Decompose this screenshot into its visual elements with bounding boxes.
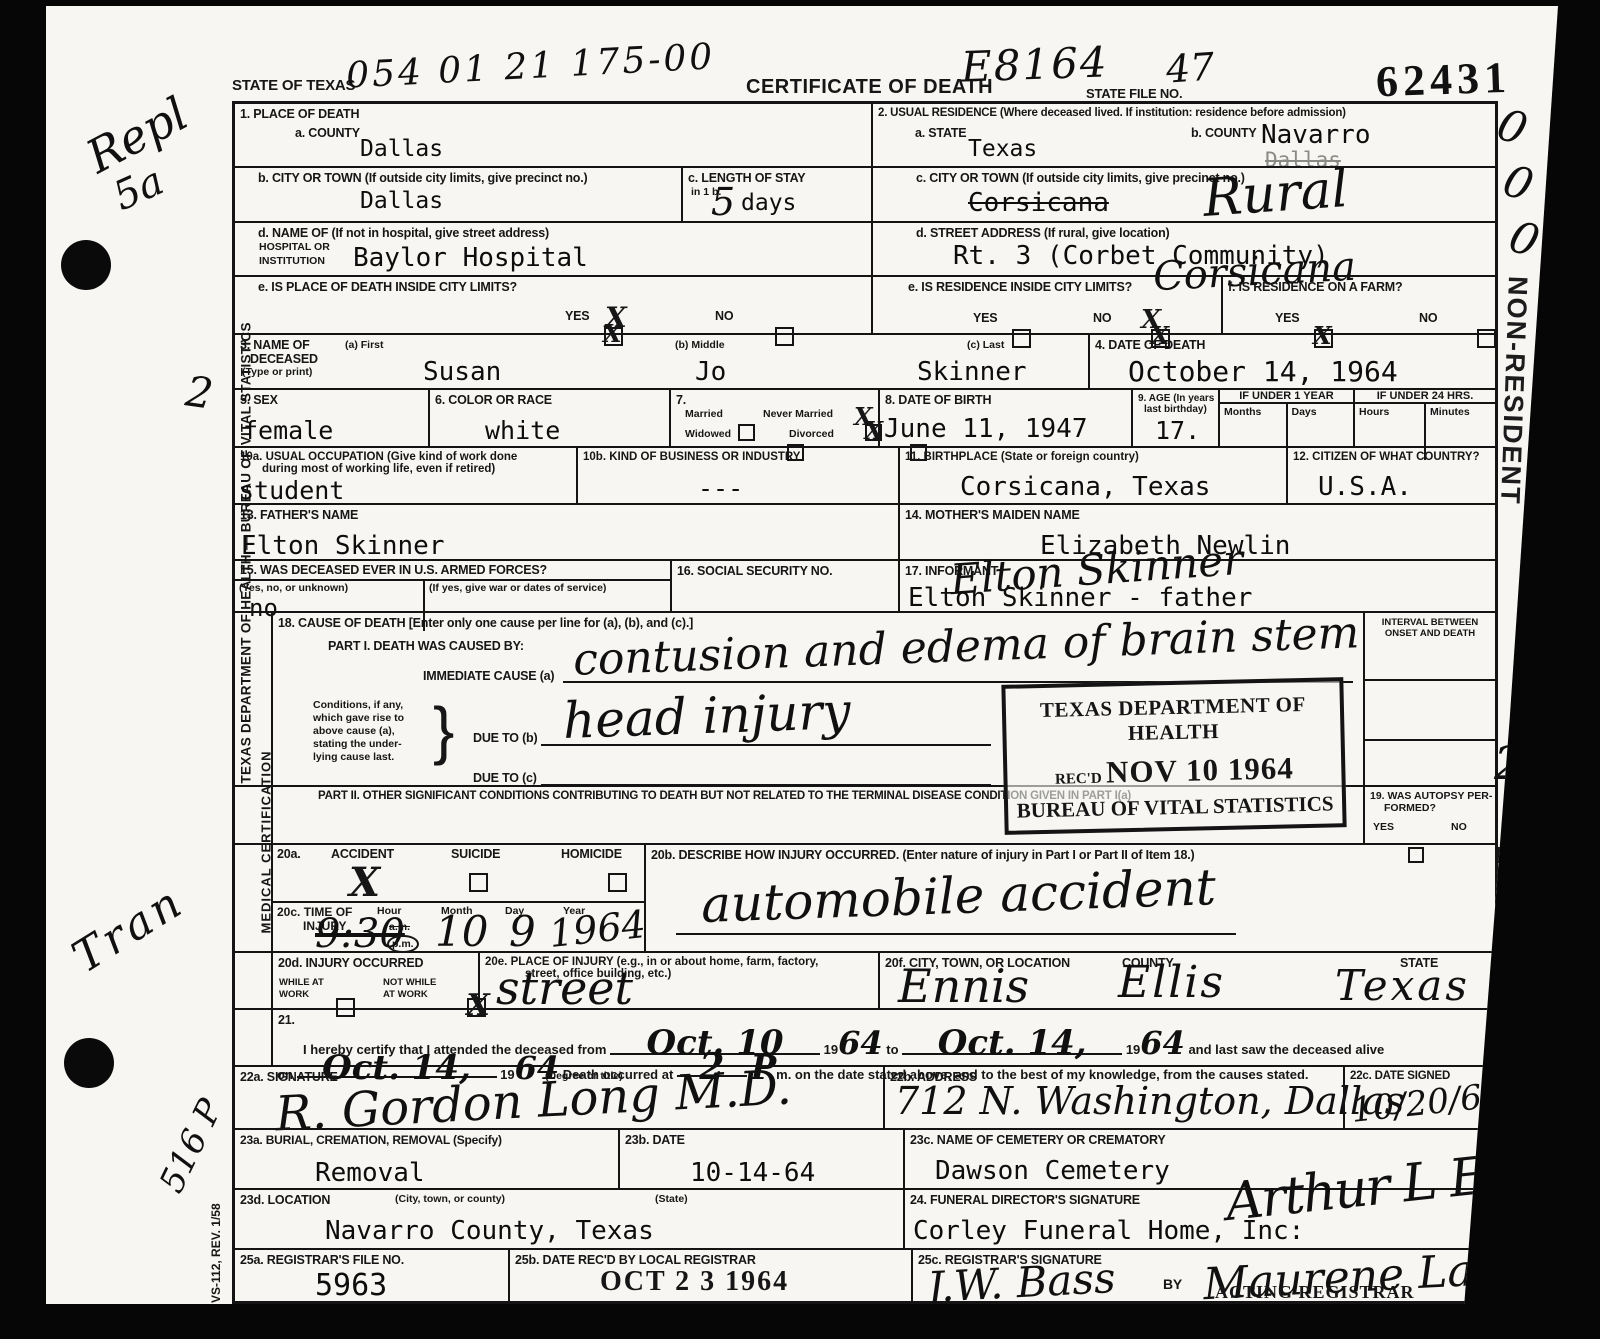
header-hw-e8164: E8164	[960, 37, 1109, 91]
citizen-value: U.S.A.	[1318, 472, 1412, 502]
occupation-value: student	[239, 476, 344, 505]
20b-label: 20b. DESCRIBE HOW INJURY OCCURRED. (Ente…	[651, 848, 1490, 862]
residence-city-hw: Rural	[1201, 159, 1350, 229]
25b-label: 25b. DATE REC'D BY LOCAL REGISTRAR	[515, 1253, 906, 1267]
field-if-under-24-hrs: IF UNDER 24 HRS. Hours Minutes	[1353, 390, 1495, 446]
header-hw-code: 054 01 21 175-00	[345, 36, 716, 96]
hospital-label2: HOSPITAL OR	[259, 241, 330, 253]
age-label2: last birthday)	[1138, 404, 1213, 415]
field-date-of-birth: 8. DATE OF BIRTH June 11, 1947	[878, 390, 1131, 446]
residence-county-label: b. COUNTY	[1191, 126, 1257, 140]
burial-date-value: 10-14-64	[690, 1158, 815, 1188]
medical-certification-strip2	[235, 787, 271, 843]
registrar-file-no-value: 5963	[315, 1268, 387, 1303]
city-of-death-label: b. CITY OR TOWN (If outside city limits,…	[240, 171, 676, 185]
margin-note-2: 2	[183, 366, 216, 418]
place-of-injury-value: street	[496, 961, 633, 1015]
received-stamp-line3: BUREAU OF VITAL STATISTICS	[1008, 791, 1342, 824]
23c-label: 23c. NAME OF CEMETERY OR CREMATORY	[910, 1133, 1490, 1147]
field-armed-forces: 15. WAS DECEASED EVER IN U.S. ARMED FORC…	[235, 561, 670, 611]
homicide-label: HOMICIDE	[561, 847, 622, 861]
ssn-label: 16. SOCIAL SECURITY NO.	[677, 564, 893, 578]
registrar-by-label: BY	[1163, 1276, 1182, 1292]
margin-note-trans: Tran	[64, 876, 194, 983]
received-stamp-line1: TEXAS DEPARTMENT OF HEALTH	[1006, 691, 1341, 749]
state-file-no-label: STATE FILE NO.	[1086, 86, 1182, 101]
cemetery-value: Dawson Cemetery	[935, 1156, 1170, 1186]
death-limits-yes-hw-x: X	[605, 301, 627, 334]
homicide-checkbox	[608, 873, 627, 892]
never-married-label: Never Married	[763, 408, 833, 420]
field-city-of-death: b. CITY OR TOWN (If outside city limits,…	[235, 168, 681, 221]
field-residence-farm: f. IS RESIDENCE ON A FARM? YES X NO	[1221, 277, 1495, 333]
how-injury-value: automobile accident	[700, 858, 1217, 934]
field-date-signed: 22c. DATE SIGNED 10/20/64	[1343, 1067, 1495, 1128]
injury-year-hw: 1964	[547, 902, 648, 956]
conditions-line4: stating the under-	[313, 738, 402, 750]
field-date-of-death: 4. DATE OF DEATH October 14, 1964	[1088, 335, 1495, 388]
residence-limits-yes: YES	[973, 311, 997, 325]
margin-note-2-right: 2	[1494, 736, 1523, 790]
suicide-checkbox	[469, 873, 488, 892]
field-injury-location: 20f. CITY, TOWN, OR LOCATION COUNTY STAT…	[878, 953, 1495, 1008]
23d-label: 23d. LOCATION	[240, 1193, 898, 1207]
field-name-of-deceased: 3. NAME OF DECEASED (Type or print) (a) …	[235, 335, 1088, 388]
field-ssn: 16. SOCIAL SECURITY NO.	[670, 561, 898, 611]
while-at-work-label1: WHILE AT	[279, 977, 324, 988]
street-address-label: d. STREET ADDRESS (If rural, give locati…	[878, 226, 1490, 240]
sex-label: 5. SEX	[240, 393, 423, 407]
interval-column: INTERVAL BETWEEN ONSET AND DEATH	[1363, 613, 1495, 785]
20d-label: 20d. INJURY OCCURRED	[278, 956, 473, 970]
burial-type-value: Removal	[315, 1158, 425, 1188]
mother-label: 14. MOTHER'S MAIDEN NAME	[905, 508, 1490, 522]
county-label: a. COUNTY	[295, 126, 360, 140]
middle-name-label: (b) Middle	[675, 339, 725, 351]
interval-label1: INTERVAL BETWEEN	[1365, 613, 1495, 628]
how-injury-rule	[676, 933, 1236, 935]
father-value: Elton Skinner	[241, 531, 445, 561]
injury-day-hw: 9	[509, 907, 536, 956]
20a-label: 20a.	[277, 847, 301, 861]
certificate-form: 1. PLACE OF DEATH a. COUNTY Dallas 2. US…	[232, 101, 1498, 1304]
interval-label2: ONSET AND DEATH	[1365, 628, 1495, 639]
not-while-label1: NOT WHILE	[383, 977, 436, 988]
field-informant: 17. INFORMANT Elton Skinner Elton Skinne…	[898, 561, 1495, 611]
23b-label: 23b. DATE	[625, 1133, 898, 1147]
death-limits-yes: YES	[565, 309, 589, 323]
residence-state-value: Texas	[968, 136, 1037, 162]
23d-sub2: (State)	[655, 1193, 688, 1205]
age-value: 17.	[1155, 416, 1200, 445]
residence-farm-yes: YES	[1275, 311, 1299, 325]
birthplace-label: 11. BIRTHPLACE (State or foreign country…	[905, 451, 1281, 463]
burial-location-value: Navarro County, Texas	[325, 1216, 654, 1246]
field-burial-location: 23d. LOCATION (City, town, or county) (S…	[235, 1190, 903, 1248]
25a-label: 25a. REGISTRAR'S FILE NO.	[240, 1253, 503, 1267]
medical-certification-strip4	[235, 953, 271, 1008]
field-sex: 5. SEX female	[235, 390, 428, 446]
last-name-value: Skinner	[917, 357, 1027, 387]
hospital-label3: INSTITUTION	[259, 255, 325, 267]
residence-city-struck: Corsicana	[968, 188, 1109, 218]
field-hospital: d. NAME OF (If not in hospital, give str…	[235, 223, 871, 275]
field-street-address: d. STREET ADDRESS (If rural, give locati…	[871, 223, 1495, 275]
residence-farm-label: f. IS RESIDENCE ON A FARM?	[1228, 280, 1490, 294]
under-1-year-label: IF UNDER 1 YEAR	[1220, 390, 1353, 404]
armed-forces-sub1: (Yes, no, or unknown)	[239, 582, 419, 594]
state-of-texas-label: STATE OF TEXAS	[232, 77, 355, 94]
residence-county-value: Navarro	[1261, 120, 1371, 150]
field-industry: 10b. KIND OF BUSINESS OR INDUSTRY ---	[576, 448, 898, 503]
certificate-number-stamp: 62431	[1375, 52, 1512, 108]
field-residence-city-limits: e. IS RESIDENCE INSIDE CITY LIMITS? YES …	[871, 277, 1221, 333]
23d-sub1: (City, town, or county)	[395, 1193, 505, 1205]
informant-value: Elton Skinner - father	[908, 583, 1252, 613]
field-date-received: 25b. DATE REC'D BY LOCAL REGISTRAR OCT 2…	[508, 1250, 911, 1301]
married-checkbox	[738, 424, 755, 441]
residence-limits-no-hw-x: X	[1141, 305, 1161, 335]
autopsy-no-checkbox	[1498, 847, 1514, 863]
residence-city-label: c. CITY OR TOWN (If outside city limits,…	[878, 171, 1490, 185]
field-death-city-limits: e. IS PLACE OF DEATH INSIDE CITY LIMITS?…	[235, 277, 871, 333]
field-occupation: 10a. USUAL OCCUPATION (Give kind of work…	[235, 448, 576, 503]
medical-certification-strip3	[235, 845, 271, 951]
interval-rule2	[1365, 739, 1495, 741]
accident-hw-x: X	[349, 859, 380, 906]
certificate-title: CERTIFICATE OF DEATH	[746, 76, 993, 99]
race-value: white	[485, 416, 560, 445]
field-length-of-stay: c. LENGTH OF STAY in 1 b. 5 days	[681, 168, 871, 221]
first-name-label: (a) First	[345, 339, 384, 351]
field-burial-date: 23b. DATE 10-14-64	[618, 1130, 903, 1188]
due-to-c-label: DUE TO (c)	[473, 771, 537, 785]
field-certify-statement: 21. I hereby certify that I attended the…	[271, 1010, 1495, 1065]
field-injury-occurred: 20d. INJURY OCCURRED WHILE AT WORK NOT W…	[271, 953, 478, 1008]
city-of-death-value: Dallas	[360, 188, 443, 214]
residence-farm-no: NO	[1419, 311, 1437, 325]
suicide-label: SUICIDE	[451, 847, 500, 861]
dob-value: June 11, 1947	[884, 414, 1088, 444]
death-limits-no: NO	[715, 309, 733, 323]
field-place-of-injury: 20e. PLACE OF INJURY (e.g., in or about …	[478, 953, 878, 1008]
length-of-stay-hw: 5	[711, 180, 735, 224]
death-city-limits-label: e. IS PLACE OF DEATH INSIDE CITY LIMITS?	[240, 280, 866, 294]
received-stamp-box: TEXAS DEPARTMENT OF HEALTH REC'D NOV 10 …	[1001, 677, 1346, 835]
part1-label: PART I. DEATH WAS CAUSED BY:	[328, 639, 524, 653]
marital-label: 7.	[676, 393, 873, 407]
field-marital-status: 7. Married Never Married X X Widowed Div…	[669, 390, 878, 446]
field-registrar-file-no: 25a. REGISTRAR'S FILE NO. 5963	[235, 1250, 508, 1301]
sex-value: female	[243, 416, 333, 445]
cause-b-value: head injury	[562, 682, 851, 750]
last-name-label: (c) Last	[967, 339, 1004, 351]
punch-hole-bottom	[64, 1038, 114, 1088]
field-if-under-1-year: IF UNDER 1 YEAR Months Days	[1218, 390, 1353, 446]
interval-rule1	[1365, 679, 1495, 681]
dob-label: 8. DATE OF BIRTH	[885, 393, 1126, 407]
date-signed-value: 10/20/64	[1349, 1075, 1505, 1131]
field-accident-suicide-homicide: 20a. ACCIDENT SUICIDE HOMICIDE X 20c. TI…	[271, 845, 644, 951]
field-race: 6. COLOR OR RACE white	[428, 390, 669, 446]
widowed-label: Widowed	[685, 428, 731, 440]
field-physician-address: 22b. ADDRESS 712 N. Washington, Dallas	[883, 1067, 1343, 1128]
injury-county-value: Ellis	[1118, 957, 1225, 1008]
field-usual-residence: 2. USUAL RESIDENCE (Where deceased lived…	[871, 104, 1495, 166]
field-birthplace: 11. BIRTHPLACE (State or foreign country…	[898, 448, 1286, 503]
injury-state-value: Texas	[1335, 961, 1470, 1010]
field-place-of-death: 1. PLACE OF DEATH a. COUNTY Dallas	[235, 104, 871, 166]
married-label: Married	[685, 408, 723, 420]
occupation-label2: during most of working life, even if ret…	[240, 463, 571, 475]
middle-name-value: Jo	[695, 357, 726, 387]
father-label: 13. FATHER'S NAME	[240, 508, 893, 522]
immediate-cause-label: IMMEDIATE CAUSE (a)	[423, 669, 554, 683]
due-to-b-label: DUE TO (b)	[473, 731, 537, 745]
autopsy-label1: 19. WAS AUTOPSY PER-	[1370, 790, 1490, 802]
residence-limits-label: e. IS RESIDENCE INSIDE CITY LIMITS?	[878, 280, 1216, 294]
medical-certification-strip	[235, 613, 271, 785]
armed-forces-sub2: (If yes, give war or dates of service)	[429, 582, 606, 594]
not-while-label2: AT WORK	[383, 989, 428, 1000]
length-of-stay-value: days	[741, 190, 796, 216]
citizen-label: 12. CITIZEN OF WHAT COUNTRY?	[1293, 451, 1490, 463]
date-received-stamp: OCT 2 3 1964	[600, 1266, 789, 1298]
field-residence-city: c. CITY OR TOWN (If outside city limits,…	[871, 168, 1495, 221]
industry-label: 10b. KIND OF BUSINESS OR INDUSTRY	[583, 451, 893, 463]
medical-certification-strip5	[235, 1010, 271, 1065]
autopsy-label2: FORMED?	[1370, 802, 1490, 814]
armed-forces-label: 15. WAS DECEASED EVER IN U.S. ARMED FORC…	[235, 561, 670, 581]
field-father-name: 13. FATHER'S NAME Elton Skinner	[235, 505, 898, 559]
am-label: a.m.	[389, 921, 410, 933]
while-at-work-label2: WORK	[279, 989, 309, 1000]
injury-month-hw: 10	[435, 907, 488, 956]
under-24-hrs-label: IF UNDER 24 HRS.	[1355, 390, 1495, 404]
received-stamp-date: NOV 10 1964	[1106, 750, 1295, 789]
date-of-death-label: 4. DATE OF DEATH	[1095, 338, 1490, 352]
residence-limits-no: NO	[1093, 311, 1111, 325]
field-burial-type: 23a. BURIAL, CREMATION, REMOVAL (Specify…	[235, 1130, 618, 1188]
punch-hole-top	[61, 240, 111, 290]
birthplace-value: Corsicana, Texas	[960, 472, 1210, 502]
hospital-label1: d. NAME OF (If not in hospital, give str…	[240, 226, 866, 240]
acting-registrar-stamp: ACTING REGISTRAR	[1215, 1282, 1415, 1303]
field-autopsy: 19. WAS AUTOPSY PER- FORMED? YES NO	[1363, 787, 1495, 843]
hospital-value: Baylor Hospital	[353, 243, 588, 273]
conditions-line1: Conditions, if any,	[313, 699, 403, 711]
industry-value: ---	[698, 474, 743, 503]
county-value: Dallas	[360, 136, 443, 162]
first-name-value: Susan	[423, 357, 501, 387]
physician-address-value: 712 N. Washington, Dallas	[895, 1079, 1404, 1123]
date-of-death-value: October 14, 1964	[1128, 355, 1398, 388]
injury-city-value: Ennis	[898, 959, 1029, 1013]
field-physician-signature: 22a. SIGNATURE (Degree or title) R. Gord…	[235, 1067, 883, 1128]
divorced-label: Divorced	[789, 428, 834, 440]
margin-zero-2: 0	[1497, 155, 1539, 212]
field-how-injury-occurred: 20b. DESCRIBE HOW INJURY OCCURRED. (Ente…	[644, 845, 1495, 951]
23a-label: 23a. BURIAL, CREMATION, REMOVAL (Specify…	[240, 1133, 613, 1147]
margin-zero-3: 0	[1503, 211, 1545, 268]
conditions-line2: which gave rise to	[313, 712, 404, 724]
header-hw-47: 47	[1165, 44, 1216, 91]
place-of-death-label: 1. PLACE OF DEATH	[240, 107, 866, 121]
autopsy-yes: YES	[1373, 821, 1394, 833]
registrar-signature: J.W. Bass	[926, 1253, 1117, 1312]
conditions-brace: }	[433, 693, 454, 767]
conditions-line5: lying cause last.	[313, 751, 394, 763]
never-married-hw-x: X	[854, 402, 873, 431]
received-stamp-recd: REC'D	[1055, 771, 1102, 788]
autopsy-no: NO	[1451, 821, 1467, 833]
non-resident-stamp: NON-RESIDENT	[1494, 276, 1533, 506]
age-label1: 9. AGE (In years	[1138, 393, 1213, 404]
certificate-scan: Repl 5a 2 TEXAS DEPARTMENT OF HEALTH — B…	[46, 6, 1558, 1304]
conditions-line3: above cause (a),	[313, 725, 395, 737]
usual-residence-label: 2. USUAL RESIDENCE (Where deceased lived…	[878, 107, 1490, 119]
race-label: 6. COLOR OR RACE	[435, 393, 664, 407]
residence-state-label: a. STATE	[915, 126, 966, 140]
field-citizen: 12. CITIZEN OF WHAT COUNTRY? U.S.A.	[1286, 448, 1495, 503]
field-age: 9. AGE (In years last birthday) 17.	[1131, 390, 1218, 446]
occupation-label1: 10a. USUAL OCCUPATION (Give kind of work…	[240, 451, 571, 463]
form-number-vertical: VS-112, REV. 1/58	[209, 1143, 223, 1303]
